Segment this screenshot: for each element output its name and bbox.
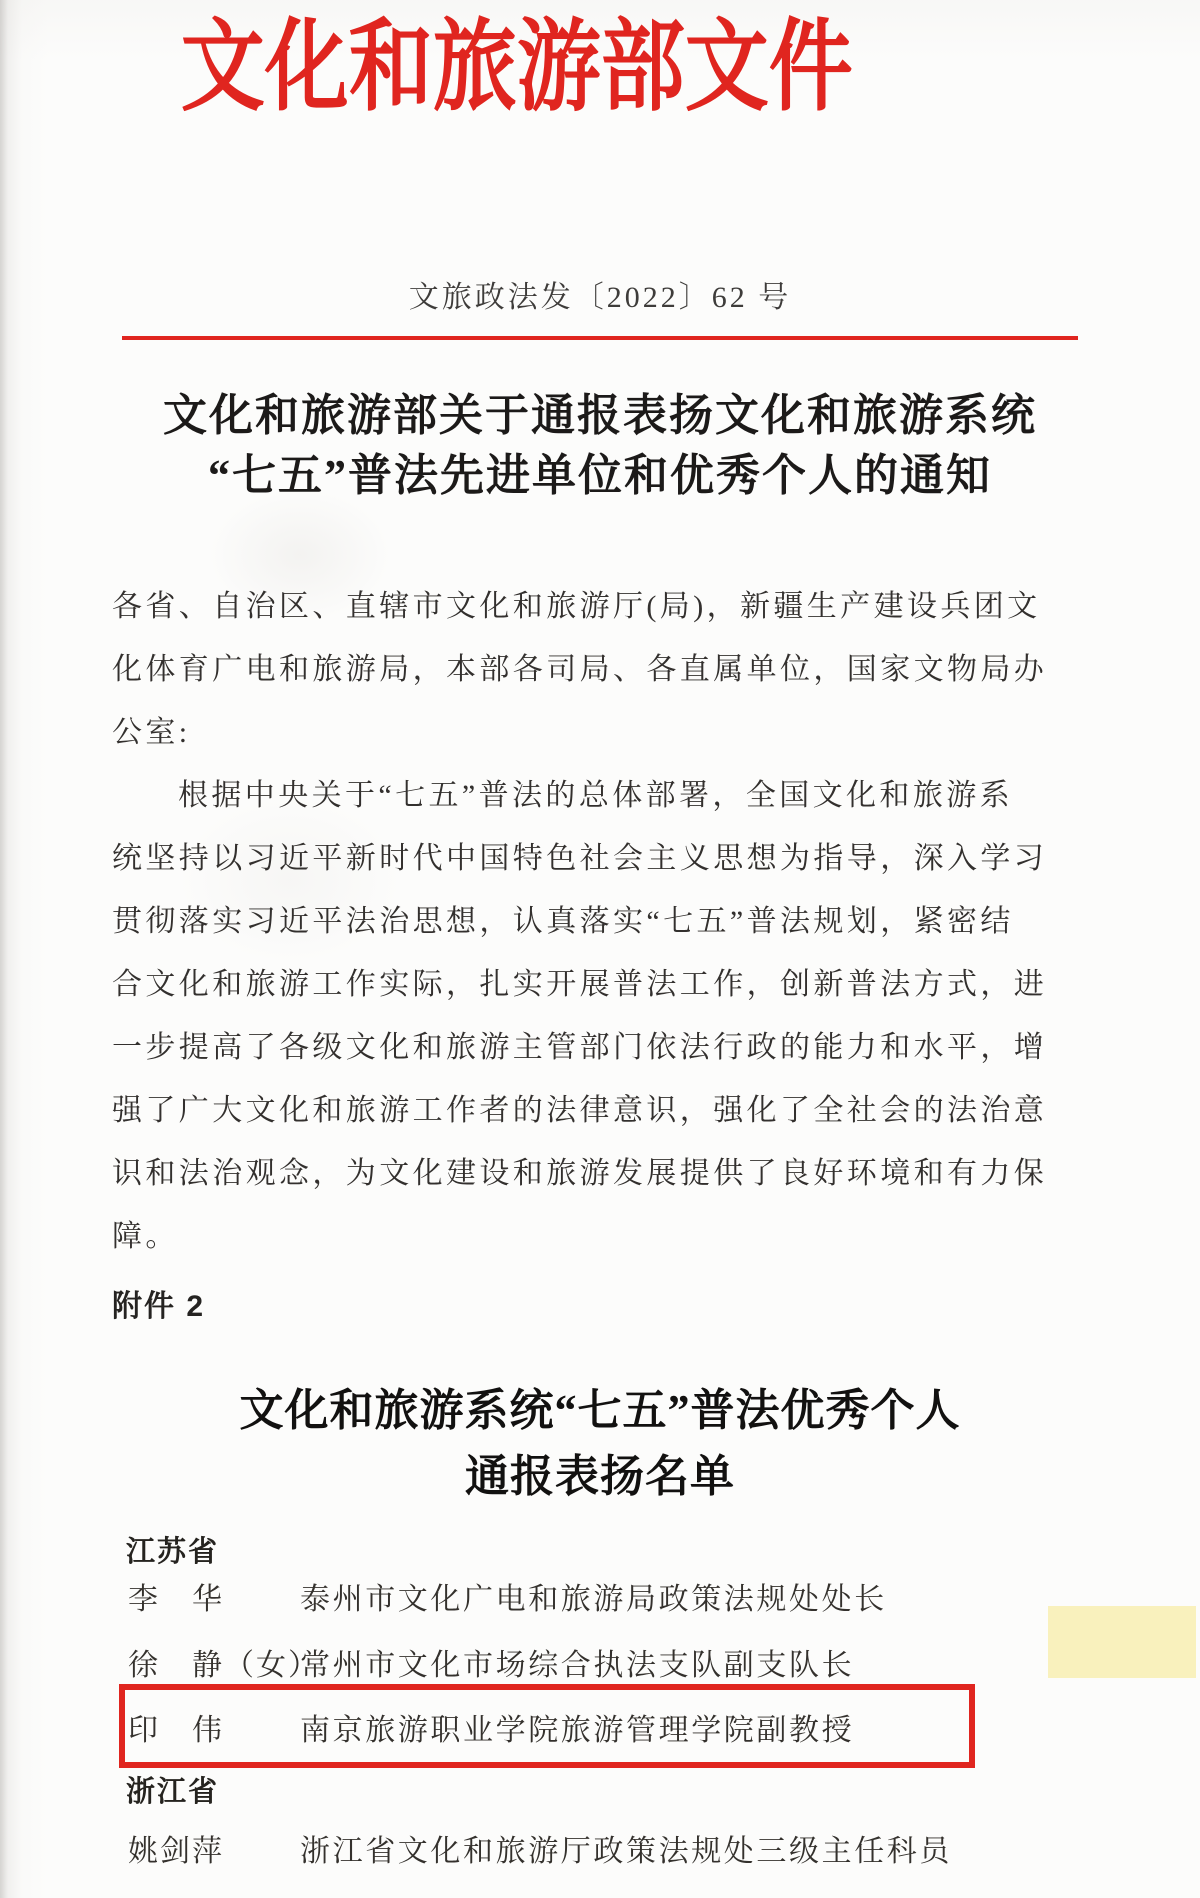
roster-title: 文化和旅游系统“七五”普法优秀个人 通报表扬名单 bbox=[0, 1378, 1200, 1510]
province-header-jiangsu: 江苏省 bbox=[126, 1533, 219, 1571]
person-position: 浙江省文化和旅游厅政策法规处三级主任科员 bbox=[300, 1833, 952, 1871]
masthead-title: 文化和旅游部文件 bbox=[181, 6, 819, 130]
roster-row-highlighted: 印 伟 南京旅游职业学院旅游管理学院副教授 bbox=[128, 1712, 224, 1750]
document-number: 文旅政法发〔2022〕62 号 bbox=[0, 278, 1200, 318]
province-header-zhejiang: 浙江省 bbox=[126, 1773, 219, 1811]
body-line: 合文化和旅游工作实际，扎实开展普法工作，创新普法方式，进 bbox=[112, 953, 1098, 1016]
person-position: 南京旅游职业学院旅游管理学院副教授 bbox=[300, 1712, 854, 1750]
body-line: 贯彻落实习近平法治思想，认真落实“七五”普法规划，紧密结 bbox=[112, 890, 1098, 953]
roster-title-line1: 文化和旅游系统“七五”普法优秀个人 bbox=[0, 1378, 1200, 1444]
document-page: 文化和旅游部文件 文旅政法发〔2022〕62 号 文化和旅游部关于通报表扬文化和… bbox=[0, 0, 1200, 1898]
notice-body: 各省、自治区、直辖市文化和旅游厅(局)，新疆生产建设兵团文 化体育广电和旅游局，… bbox=[112, 575, 1098, 1268]
body-line: 一步提高了各级文化和旅游主管部门依法行政的能力和水平，增 bbox=[112, 1016, 1098, 1079]
body-line: 识和法治观念，为文化建设和旅游发展提供了良好环境和有力保 bbox=[112, 1142, 1098, 1205]
person-position: 常州市文化市场综合执法支队副支队长 bbox=[300, 1647, 854, 1685]
yellow-highlight-mark bbox=[1048, 1606, 1196, 1678]
attachment-label: 附件 2 bbox=[112, 1281, 205, 1325]
notice-title-line2: “七五”普法先进单位和优秀个人的通知 bbox=[0, 446, 1200, 506]
roster-title-line2: 通报表扬名单 bbox=[0, 1444, 1200, 1510]
body-line: 障。 bbox=[112, 1205, 1098, 1268]
red-divider-line bbox=[122, 336, 1078, 340]
person-name: 李 华 bbox=[128, 1583, 224, 1616]
body-line: 各省、自治区、直辖市文化和旅游厅(局)，新疆生产建设兵团文 bbox=[112, 575, 1098, 638]
notice-title-line1: 文化和旅游部关于通报表扬文化和旅游系统 bbox=[0, 386, 1200, 446]
body-line: 根据中央关于“七五”普法的总体部署，全国文化和旅游系 bbox=[112, 764, 1098, 827]
person-position: 泰州市文化广电和旅游局政策法规处处长 bbox=[300, 1581, 887, 1619]
body-line: 化体育广电和旅游局，本部各司局、各直属单位，国家文物局办 bbox=[112, 638, 1098, 701]
person-name: 姚剑萍 bbox=[128, 1835, 224, 1868]
notice-title: 文化和旅游部关于通报表扬文化和旅游系统 “七五”普法先进单位和优秀个人的通知 bbox=[0, 386, 1200, 506]
person-name: 印 伟 bbox=[128, 1714, 224, 1747]
person-name: 徐 静（女） bbox=[128, 1649, 320, 1682]
body-line: 统坚持以习近平新时代中国特色社会主义思想为指导，深入学习 bbox=[112, 827, 1098, 890]
roster-row: 李 华 泰州市文化广电和旅游局政策法规处处长 bbox=[128, 1581, 224, 1619]
roster-row: 姚剑萍 浙江省文化和旅游厅政策法规处三级主任科员 bbox=[128, 1833, 224, 1871]
body-line: 强了广大文化和旅游工作者的法律意识，强化了全社会的法治意 bbox=[112, 1079, 1098, 1142]
roster-row: 徐 静（女） 常州市文化市场综合执法支队副支队长 bbox=[128, 1647, 320, 1685]
body-line: 公室: bbox=[112, 701, 1098, 764]
